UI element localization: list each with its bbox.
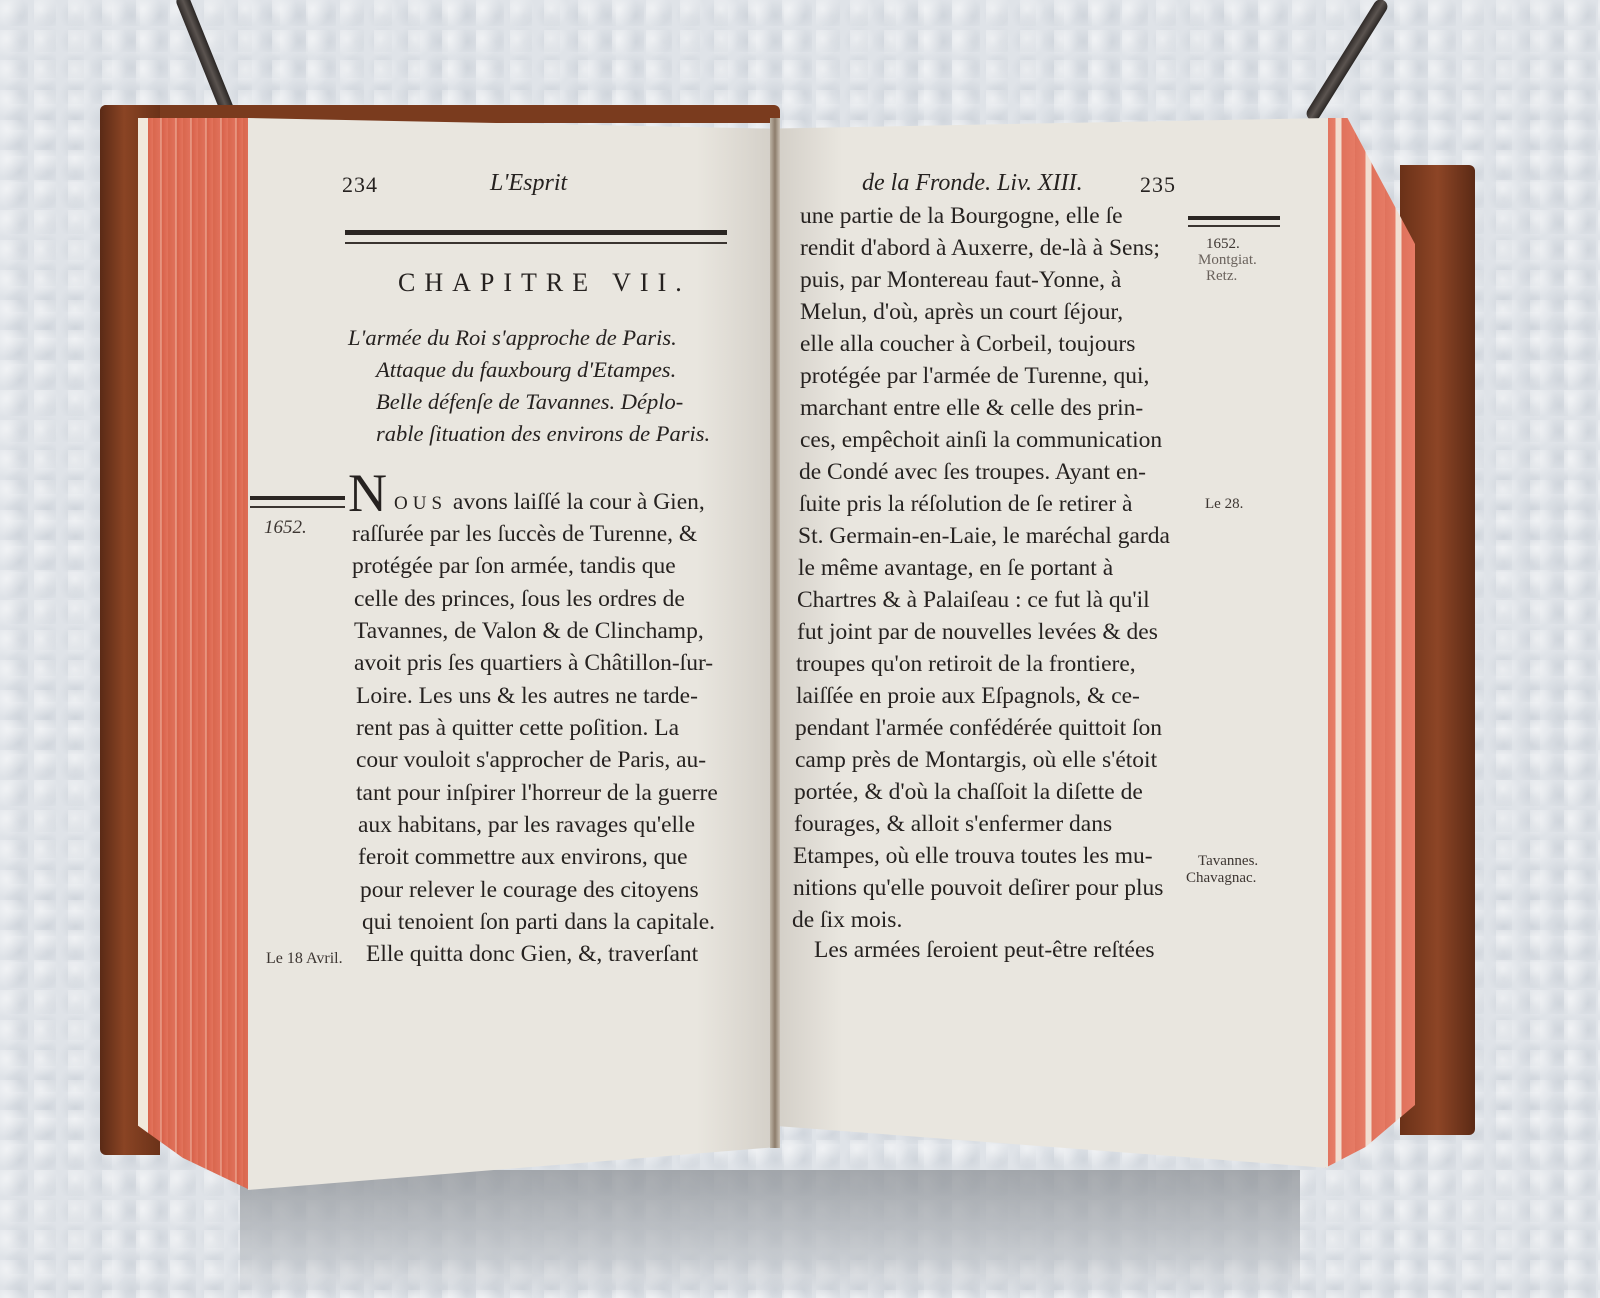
body-line: le même avantage, en ſe portant à: [798, 552, 1113, 584]
body-line: aux habitans, par les ravages qu'elle: [358, 809, 695, 841]
body-line: protégée par l'armée de Turenne, qui,: [800, 360, 1149, 392]
header-rule-thick: [345, 230, 727, 235]
margin-note: Tavannes.: [1198, 853, 1258, 870]
body-line: une partie de la Bourgogne, elle ſe: [800, 200, 1123, 232]
margin-note: Le 28.: [1205, 496, 1243, 513]
body-line: rendit d'abord à Auxerre, de-là à Sens;: [800, 232, 1160, 264]
header-rule-thin: [345, 242, 727, 244]
margin-note-date: Le 18 Avril.: [266, 950, 343, 968]
body-line: qui tenoient ſon parti dans la capitale.: [362, 906, 715, 938]
body-line: cour vouloit s'approcher de Paris, au-: [356, 744, 706, 776]
body-line: nitions qu'elle pouvoit deſirer pour plu…: [793, 872, 1163, 904]
margin-note: Chavagnac.: [1186, 870, 1256, 887]
body-line: Etampes, où elle trouva toutes les mu-: [793, 840, 1153, 872]
margin-rule-thin: [250, 506, 345, 508]
body-line: feroit commettre aux environs, que: [358, 841, 688, 873]
chapter-title: CHAPITRE VII.: [398, 268, 691, 298]
margin-note: Retz.: [1206, 268, 1237, 285]
body-line: camp près de Montargis, où elle s'étoit: [795, 744, 1157, 776]
margin-note: Montgiat.: [1198, 252, 1257, 269]
body-line: protégée par ſon armée, tandis que: [352, 550, 676, 582]
body-line: fut joint par de nouvelles levées & des: [797, 616, 1158, 648]
body-line: Les armées ſeroient peut-être reſtées: [814, 934, 1155, 966]
body-line: ſuite pris la réſolution de ſe retirer à: [799, 488, 1132, 520]
body-line: troupes qu'on retiroit de la frontiere,: [796, 648, 1136, 680]
body-line: fourages, & alloit s'enfermer dans: [794, 808, 1112, 840]
body-line: Chartres & à Palaiſeau : ce fut là qu'il: [797, 584, 1150, 616]
left-page-number: 234: [342, 172, 378, 198]
body-line: de Condé avec ſes troupes. Ayant en-: [799, 456, 1146, 488]
margin-rule-thick: [250, 496, 345, 500]
left-running-head: L'Esprit: [490, 170, 567, 197]
drop-cap: N: [348, 470, 387, 516]
body-line: puis, par Montereau faut-Yonne, à: [800, 264, 1121, 296]
red-page-edges-right: [1325, 118, 1415, 1168]
body-line: Elle quitta donc Gien, &, traverſant: [366, 938, 698, 970]
body-line: elle alla coucher à Corbeil, toujours: [800, 328, 1135, 360]
body-line: avoit pris ſes quartiers à Châtillon-ſur…: [354, 647, 713, 679]
body-line: rent pas à quitter cette poſition. La: [356, 712, 679, 744]
body-line: ces, empêchoit ainſi la communication: [800, 424, 1162, 456]
body-line: marchant entre elle & celle des prin-: [800, 392, 1143, 424]
body-line: laiſſée en proie aux Eſpagnols, & ce-: [796, 680, 1140, 712]
chapter-summary-line: L'armée du Roi s'approche de Paris.: [348, 322, 677, 354]
body-line: portée, & d'où la chaſſoit la diſette de: [794, 776, 1143, 808]
chapter-summary-line: Belle défenſe de Tavannes. Déplo-: [376, 386, 683, 418]
body-line: pour relever le courage des citoyens: [360, 874, 699, 906]
body-line: Loire. Les uns & les autres ne tarde-: [356, 680, 698, 712]
first-line-smallcaps: OUS: [394, 493, 447, 514]
first-line: OUS avons laiſſé la cour à Gien,: [394, 486, 705, 520]
book-shadow: [240, 1170, 1300, 1298]
book-gutter: [770, 118, 780, 1148]
margin-rule-thin: [1188, 225, 1280, 227]
body-line: pendant l'armée confédérée quittoit ſon: [795, 712, 1162, 744]
first-line-text: avons laiſſé la cour à Gien,: [453, 489, 705, 515]
body-line: de ſix mois.: [792, 904, 902, 936]
right-page-number: 235: [1140, 172, 1176, 198]
right-running-head: de la Fronde. Liv. XIII.: [862, 170, 1083, 197]
body-line: celle des princes, ſous les ordres de: [354, 583, 685, 615]
margin-rule-thick: [1188, 216, 1280, 220]
chapter-summary-line: rable ſituation des environs de Paris.: [376, 418, 710, 450]
body-line: tant pour inſpirer l'horreur de la guerr…: [356, 777, 718, 809]
body-line: raſſurée par les ſuccès de Turenne, &: [352, 518, 697, 550]
chapter-summary-line: Attaque du fauxbourg d'Etampes.: [376, 354, 676, 386]
body-line: Melun, d'où, après un court ſéjour,: [800, 296, 1123, 328]
page-holder-rod-right: [1304, 0, 1390, 123]
margin-note: 1652.: [1206, 236, 1240, 253]
body-line: St. Germain-en-Laie, le maréchal garda: [798, 520, 1170, 552]
body-line: Tavannes, de Valon & de Clinchamp,: [354, 615, 704, 647]
margin-note-year: 1652.: [264, 517, 307, 539]
red-page-edges-left: [138, 118, 250, 1190]
